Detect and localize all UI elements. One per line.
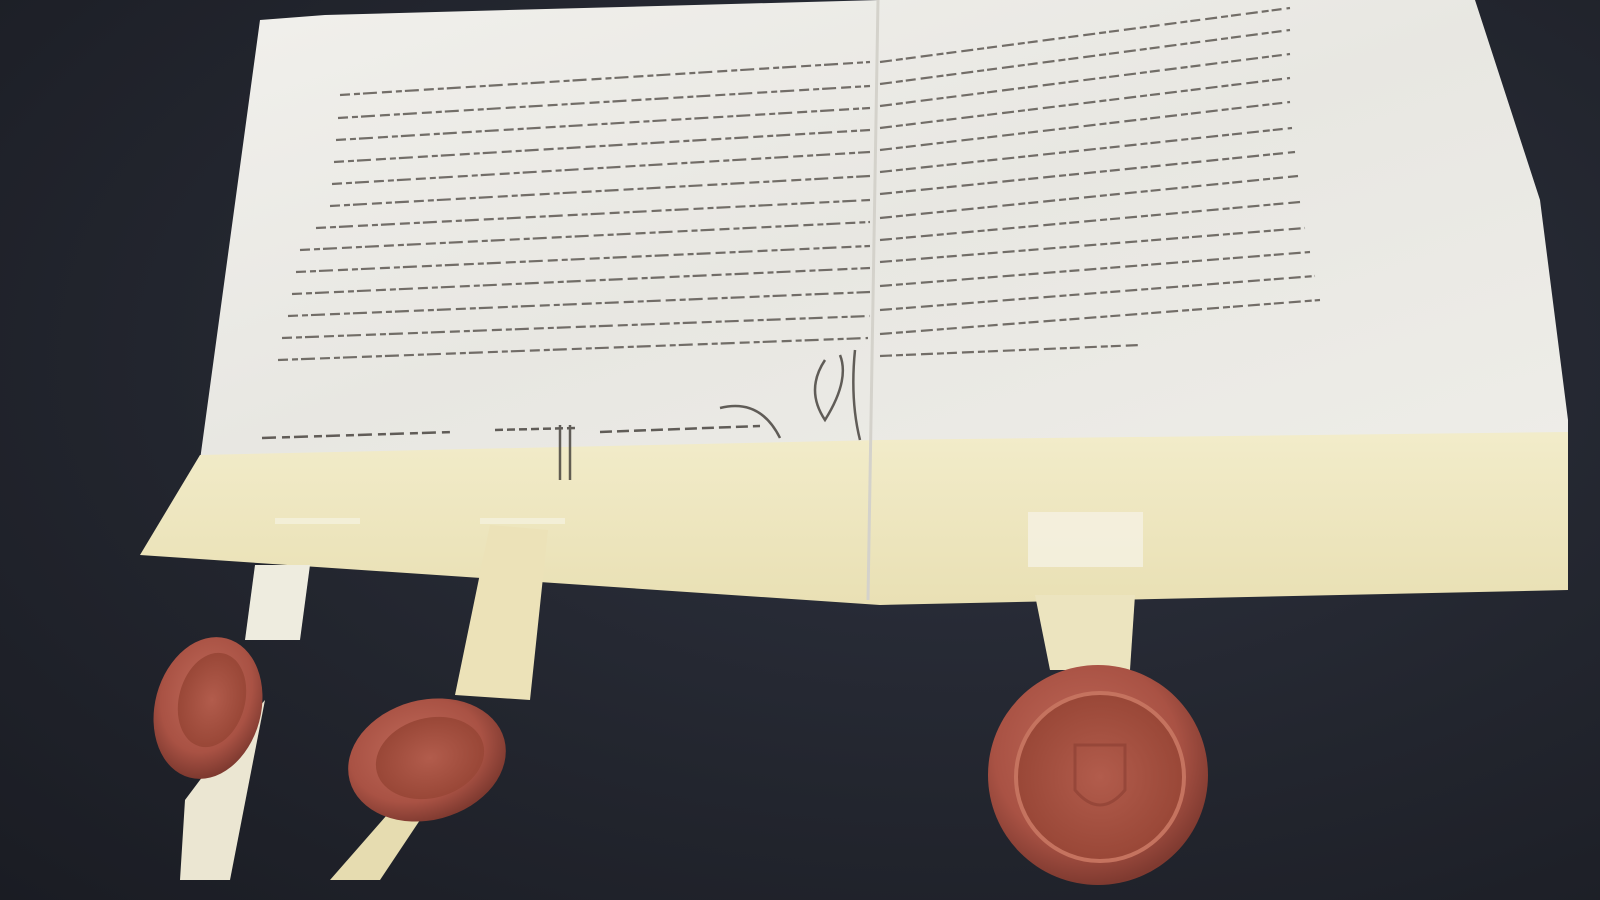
seal-right (988, 665, 1208, 885)
seal-left (138, 625, 278, 792)
scene-caption: Medieval parchment charter with three pe… (10, 893, 42, 894)
charter-photo (0, 0, 1600, 900)
parchment-sheet (140, 0, 1568, 605)
seal-middle (334, 681, 520, 838)
